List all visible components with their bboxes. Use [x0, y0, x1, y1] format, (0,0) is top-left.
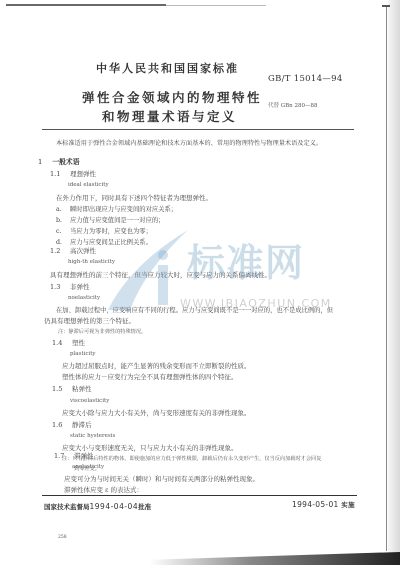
replaces-standard: 代替 GBn 280—88 [268, 101, 317, 109]
term-english: static hysteresis [70, 433, 115, 439]
document-page: 中华人民共和国国家标准 弹性合金领域内的物理特性 和物理量术语与定义 GB/T … [0, 0, 400, 565]
term-english: high-th elasticity [68, 259, 115, 265]
term-note: 注：只有静滞后特性的物体，即使施加的应力低于弹性极限，卸载后仍有永久变形产生，仅… [62, 455, 321, 462]
list-item: d.应力与应变间呈正比例关系。 [56, 237, 152, 246]
section-heading: 1一般术语 [38, 156, 80, 166]
approval-org: 国家技术监督局 [44, 503, 90, 511]
approval-label: 批准 [138, 503, 151, 511]
section-title: 一般术语 [52, 158, 79, 166]
term-definition: 应变可分为与时间无关（瞬时）和与时间有关两部分的粘弹性现象。 [64, 474, 259, 483]
term-english: viscoelasticity [70, 398, 109, 404]
footer-divider [42, 495, 357, 496]
term-english: anelasticity [72, 464, 104, 470]
header-divider [42, 129, 354, 130]
page-edge-shadow [388, 0, 400, 565]
term-definition: 滞弹性体应变 ε 的表达式： [64, 485, 143, 494]
national-standard-label: 中华人民共和国国家标准 [96, 60, 239, 76]
term-definition: 应变大小除与应力大小有关外，尚与变形速度有关的非弹性现象。 [62, 408, 251, 417]
term-definition: 在加、卸载过程中，应变响应有不同的行程。应力与应变间既不是一一对应的，也不是成比… [56, 305, 333, 314]
standard-code: GB/T 15014—94 [268, 74, 343, 84]
approval-date: 1994-04-04 [90, 502, 139, 511]
term-heading: 1.1理想弹性 [50, 169, 96, 178]
effective-date: 1994-05-01 [292, 500, 339, 509]
effective-label: 实施 [341, 501, 355, 509]
document-title-line2: 和物理量术语与定义 [102, 107, 237, 125]
term-english: plasticity [70, 351, 96, 357]
page-number: 258 [58, 535, 67, 540]
page-corner-mark [382, 5, 390, 7]
term-definition: 在外力作用下，同时具有下述四个特征者为理想弹性。 [56, 193, 212, 202]
list-item: a.瞬时即出现应力与应变间的对应关系； [56, 204, 177, 213]
page-right-edge [386, 6, 387, 551]
page-curl-shadow [150, 552, 400, 565]
term-definition: 具有理想弹性的前三个特征，但当应力较大时，应变与应力的关系偏离线性。 [50, 270, 271, 279]
term-heading: 1.6静滞后 [52, 420, 92, 429]
section-number: 1 [38, 158, 42, 166]
document-title-line1: 弹性合金领域内的物理特性 [82, 88, 262, 106]
term-heading: 1.2高次弹性 [50, 246, 96, 255]
list-item: b.应力值与应变值间是一一对应的； [56, 215, 164, 224]
term-english: noelasticity [68, 295, 100, 301]
term-definition-cont: 仍具有理想弹性的第三个特征。 [44, 316, 135, 325]
term-definition: 应力超过屈服点时，能产生显著的残余变形而不立即断裂的性质。 [62, 361, 251, 370]
term-heading: 1.3非弹性 [50, 282, 90, 291]
term-english: ideal elasticity [68, 182, 109, 188]
term-heading: 1.7滞弹性 [54, 451, 94, 460]
term-heading: 1.5粘弹性 [52, 384, 92, 393]
effective-line: 1994-05-01 实施 [292, 500, 355, 509]
term-definition: 塑性体的应力－应变行为完全不具有理想弹性体的四个特征。 [62, 372, 238, 381]
list-item: c.当应力为零时，应变也为零； [56, 226, 152, 235]
approval-line: 国家技术监督局1994-04-04批准 [44, 502, 151, 511]
term-note: 注：静滞后可视为非弹性的特殊情况。 [58, 328, 146, 335]
top-rule [6, 4, 166, 6]
scope-paragraph: 本标准适用于弹性合金领域内基础理论和技术方面基本的、常用的物理特性与物理量术语及… [56, 138, 322, 147]
term-heading: 1.4塑性 [52, 338, 85, 347]
top-rule-faint [166, 5, 266, 6]
